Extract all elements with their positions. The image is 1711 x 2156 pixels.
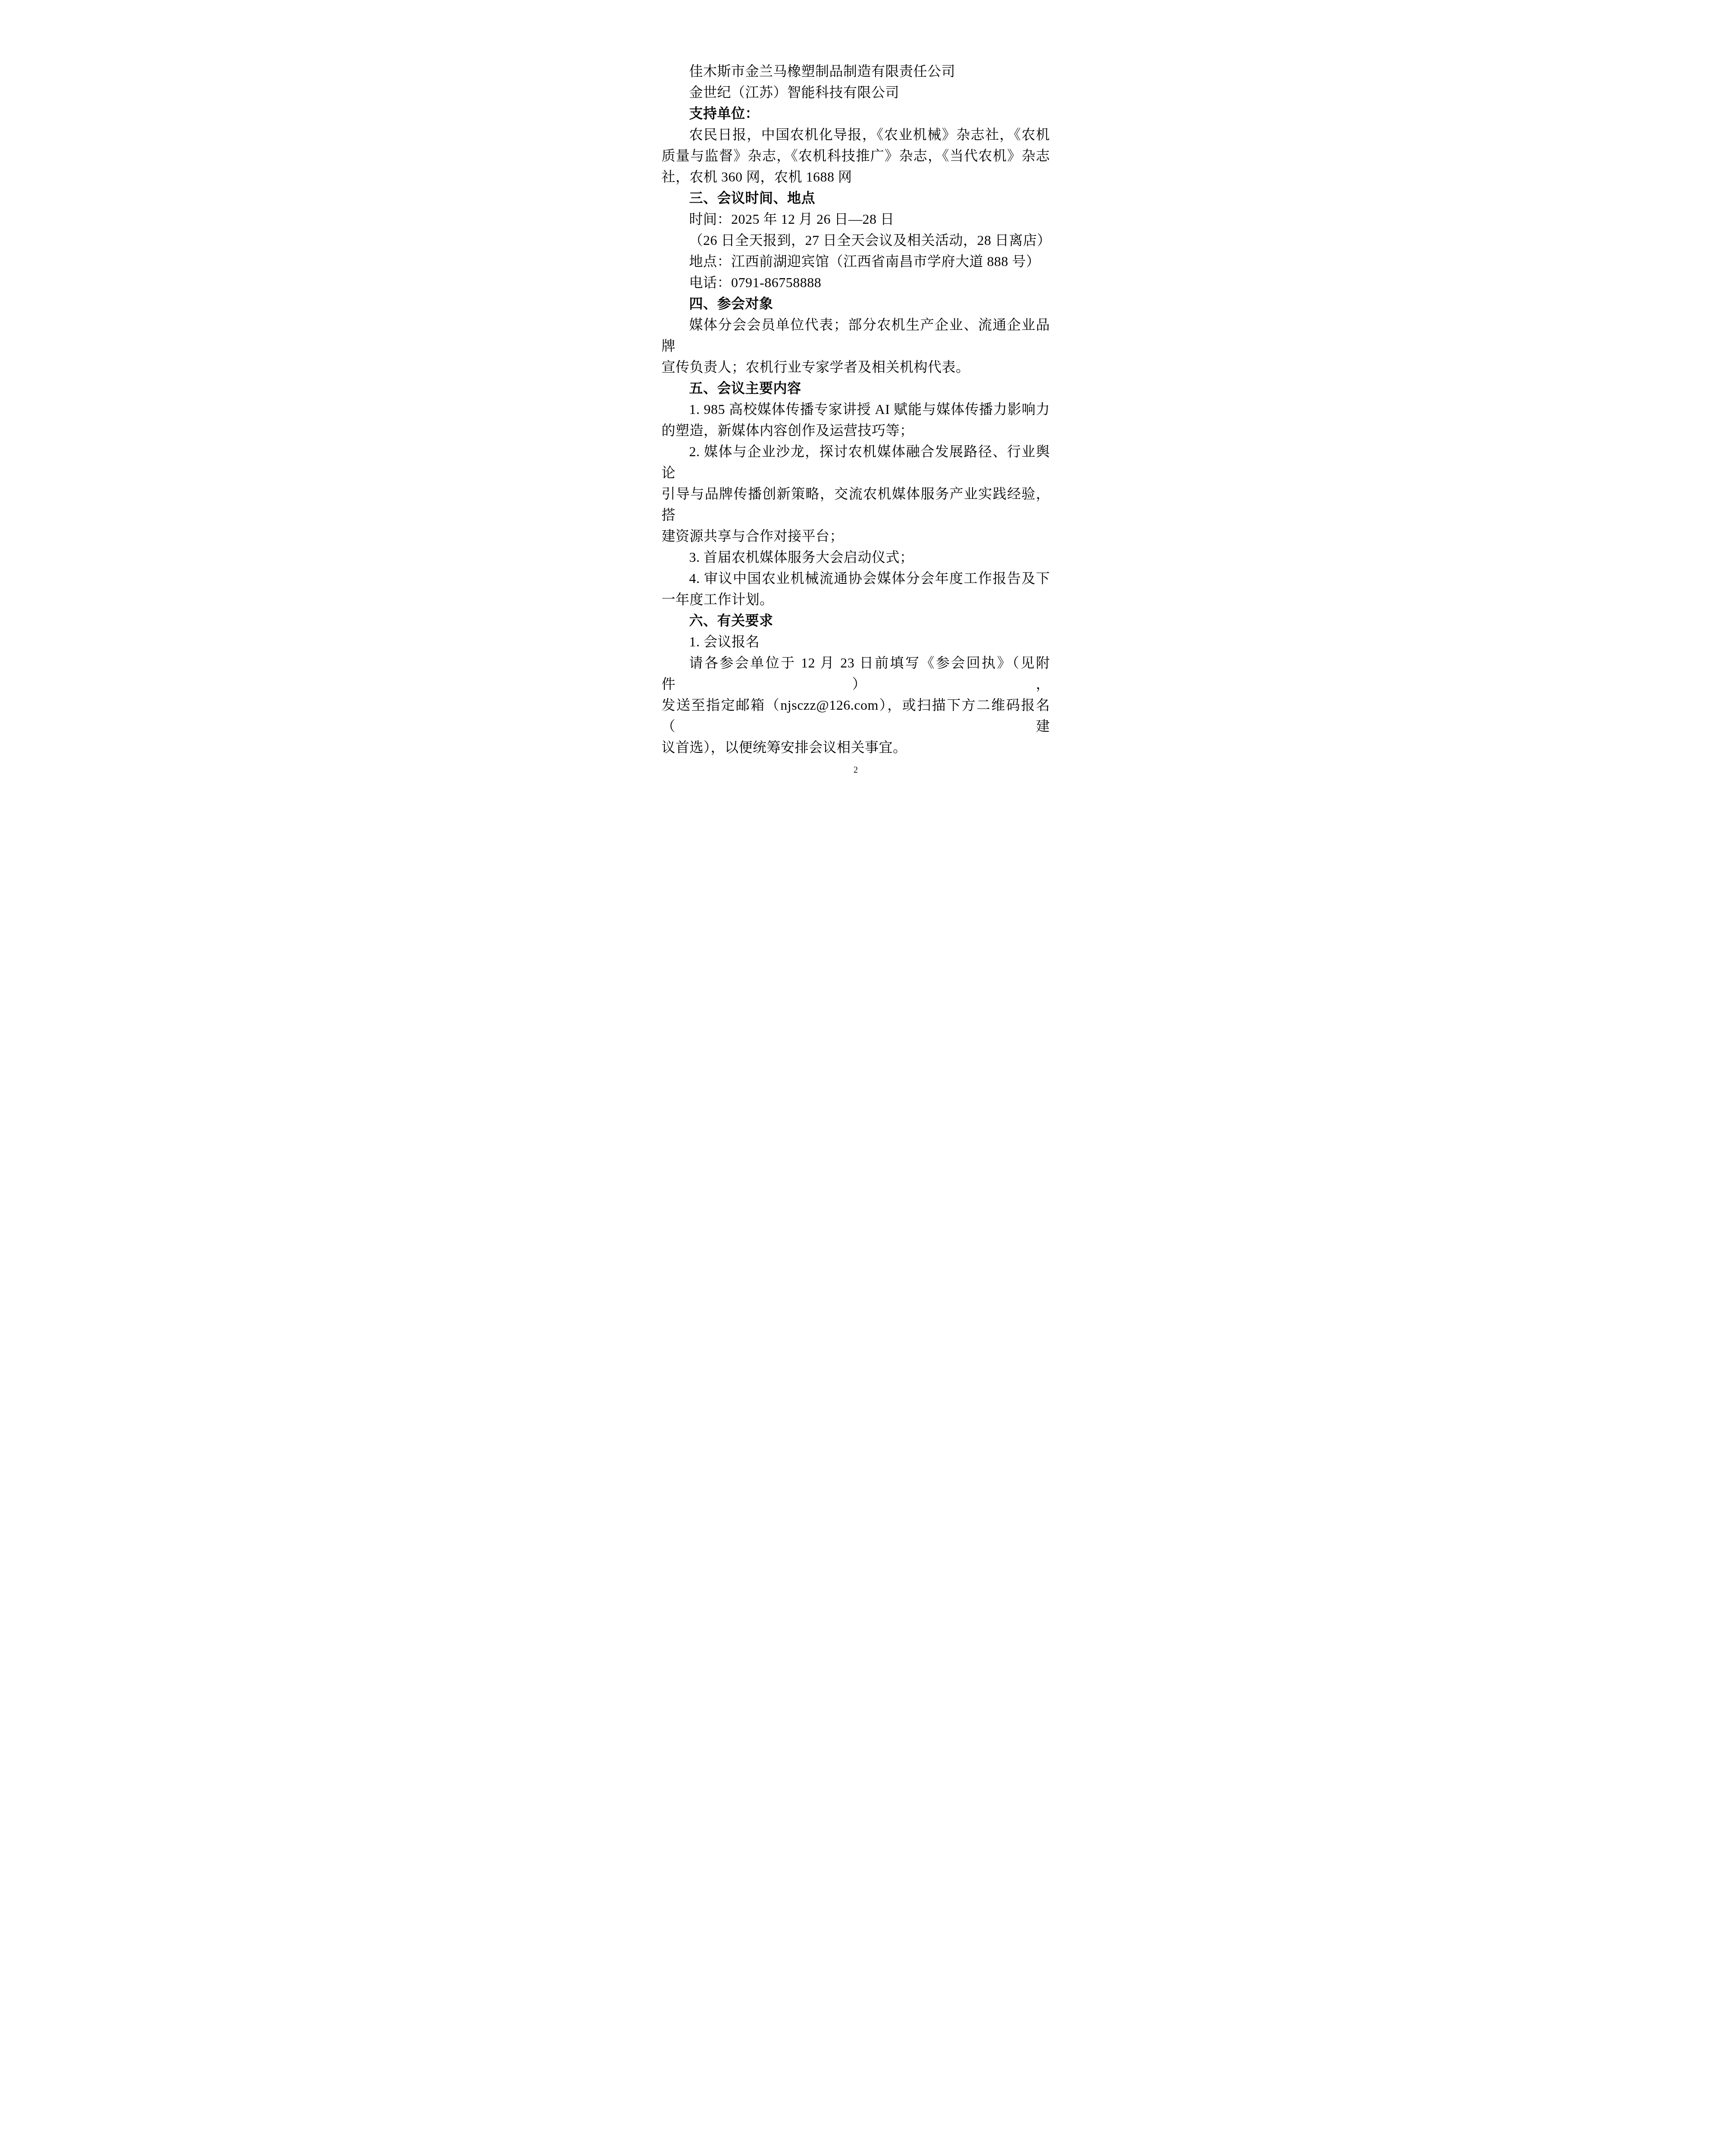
meeting-schedule-line: （26 日全天报到，27 日全天会议及相关活动，28 日离店） — [662, 230, 1050, 251]
main-contents-line: 建资源共享与合作对接平台； — [662, 526, 1050, 547]
support-units-line: 农民日报，中国农机化导报，《农业机械》杂志社，《农机 — [662, 124, 1050, 145]
section-heading-main-contents: 五、会议主要内容 — [662, 378, 1050, 399]
main-contents-line: 3. 首届农机媒体服务大会启动仪式； — [662, 547, 1050, 568]
main-contents-line: 4. 审议中国农业机械流通协会媒体分会年度工作报告及下 — [662, 568, 1050, 589]
main-contents-line: 的塑造，新媒体内容创作及运营技巧等； — [662, 420, 1050, 441]
attendees-line: 媒体分会会员单位代表；部分农机生产企业、流通企业品牌 — [662, 314, 1050, 357]
host-unit-line: 佳木斯市金兰马橡塑制品制造有限责任公司 — [662, 61, 1050, 82]
main-contents-line: 一年度工作计划。 — [662, 589, 1050, 610]
support-units-heading: 支持单位： — [662, 103, 1050, 124]
attendees-line: 宣传负责人；农机行业专家学者及相关机构代表。 — [662, 357, 1050, 378]
document-page: 佳木斯市金兰马橡塑制品制造有限责任公司 金世纪（江苏）智能科技有限公司 支持单位… — [599, 0, 1112, 775]
requirements-subheading: 1. 会议报名 — [662, 631, 1050, 652]
support-units-line: 社，农机 360 网，农机 1688 网 — [662, 166, 1050, 188]
requirements-line: 议首选），以便统筹安排会议相关事宜。 — [662, 737, 1050, 758]
main-contents-line: 1. 985 高校媒体传播专家讲授 AI 赋能与媒体传播力影响力 — [662, 399, 1050, 420]
section-heading-time-place: 三、会议时间、地点 — [662, 188, 1050, 209]
meeting-time-line: 时间：2025 年 12 月 26 日—28 日 — [662, 209, 1050, 230]
section-heading-requirements: 六、有关要求 — [662, 610, 1050, 631]
meeting-location-line: 地点：江西前湖迎宾馆（江西省南昌市学府大道 888 号） — [662, 251, 1050, 272]
host-unit-line: 金世纪（江苏）智能科技有限公司 — [662, 82, 1050, 103]
main-contents-line: 引导与品牌传播创新策略，交流农机媒体服务产业实践经验，搭 — [662, 483, 1050, 526]
section-heading-attendees: 四、参会对象 — [662, 293, 1050, 314]
requirements-line: 发送至指定邮箱（njsczz@126.com），或扫描下方二维码报名（建 — [662, 695, 1050, 737]
support-units-line: 质量与监督》杂志，《农机科技推广》杂志，《当代农机》杂志 — [662, 145, 1050, 166]
meeting-phone-line: 电话：0791-86758888 — [662, 272, 1050, 293]
main-contents-line: 2. 媒体与企业沙龙，探讨农机媒体融合发展路径、行业舆论 — [662, 441, 1050, 483]
requirements-line: 请各参会单位于 12 月 23 日前填写《参会回执》（见附件）， — [662, 652, 1050, 695]
page-number: 2 — [662, 765, 1050, 775]
